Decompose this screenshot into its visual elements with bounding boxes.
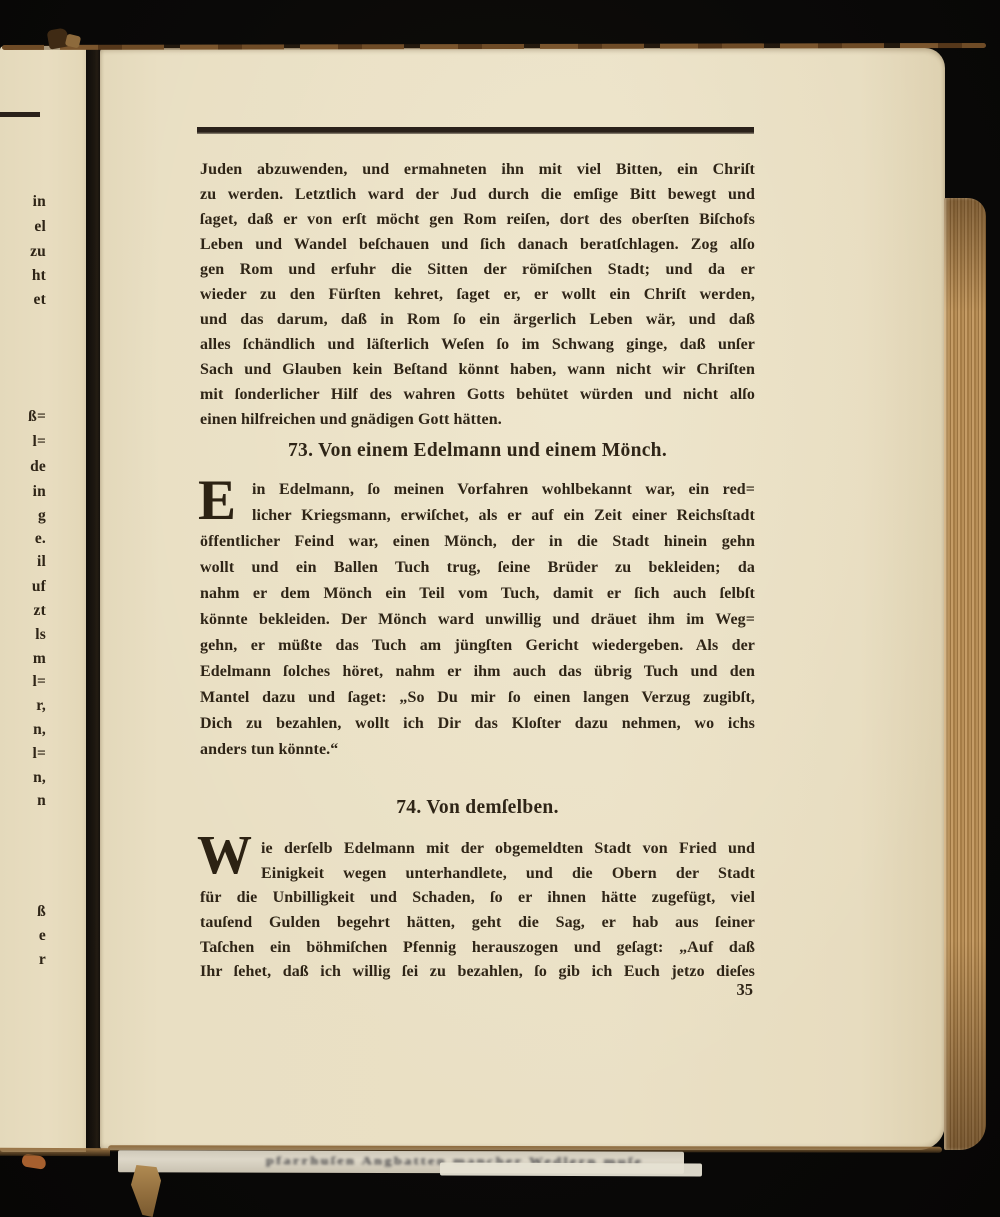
text-line: gehn, er müßte das Tuch am jüngſten Geri… [200,633,755,659]
text-line: wieder zu den Fürſten kehret, ſaget er, … [200,282,755,307]
edge-text-fragment: r [0,951,46,968]
text-line: in Edelmann, ſo meinen Vorfahren wohlbek… [252,477,755,503]
facing-page-text-fragments: inelzuhtetß=l=deinge.ilufztlsml=r,n,l=n,… [0,0,86,1217]
text-line: nahm er dem Mönch ein Teil vom Tuch, dam… [200,581,755,607]
text-line: für die Unbilligkeit und Schaden, ſo er … [200,886,755,911]
edge-text-fragment: in [0,193,46,210]
edge-text-fragment: g [0,507,46,524]
text-line: wollt und ein Ballen Tuch trug, ſeine Br… [200,555,755,581]
edge-text-fragment: l= [0,433,46,450]
text-line: gen Rom und erfuhr die Sitten der römiſc… [200,257,755,282]
drop-cap-E: E [198,478,248,524]
edge-text-fragment: l= [0,745,46,762]
edge-text-fragment: ht [0,267,46,284]
edge-text-fragment: il [0,553,46,570]
paper-tear [131,1165,161,1217]
edge-text-fragment: el [0,218,46,235]
text-line: zu werden. Letztlich ward der Jud durch … [200,182,755,207]
text-line: ie derſelb Edelmann mit der obgemeldten … [261,837,755,862]
text-line: alles ſchändlich und läſterlich Weſen ſo… [200,332,755,357]
text-line: ſaget, daß er von erſt möcht gen Rom rei… [200,207,755,232]
text-line: anders tun könnte.“ [200,737,755,763]
text-line: tauſend Gulden begehrt hätten, geht die … [200,911,755,936]
facing-page-bottom-edge [0,1148,110,1157]
text-line: Taſchen ein böhmiſchen Pfennig herauszog… [200,936,755,961]
text-line: Dich zu bezahlen, wollt ich Dir das Kloſ… [200,711,755,737]
text-line: einen hilfreichen und gnädigen Gott hätt… [200,407,755,432]
text-line: Juden abzuwenden, und ermahneten ihn mit… [200,157,755,182]
text-line: Leben und Wandel beſchauen und ſich dana… [200,232,755,257]
drop-cap-W: W [197,835,259,877]
text-line: Sach und Glauben kein Beſtand könnt habe… [200,357,755,382]
edge-text-fragment: uf [0,578,46,595]
book-scan: inelzuhtetß=l=deinge.ilufztlsml=r,n,l=n,… [0,0,1000,1217]
text-line: öffentlicher Feind war, einen Mönch, der… [200,529,755,555]
text-block: Juden abzuwenden, und ermahneten ihn mit… [200,0,755,1217]
edge-text-fragment: ß= [0,408,46,425]
text-line: und das darum, daß in Rom ſo ein ärgerli… [200,307,755,332]
page-number: 35 [200,980,753,1000]
edge-text-fragment: m [0,650,46,667]
text-line: mit ſonderlicher Hilf des wahren Gotts b… [200,382,755,407]
paragraph-73: E in Edelmann, ſo meinen Vorfahren wohlb… [200,477,755,763]
edge-text-fragment: in [0,483,46,500]
chapter-heading-74: 74. Von demſelben. [200,797,755,819]
paragraph-continuation: Juden abzuwenden, und ermahneten ihn mit… [200,157,755,432]
text-line: könnte bekleiden. Der Mönch ward unwilli… [200,607,755,633]
chapter-heading-73: 73. Von einem Edelmann und einem Mönch. [200,440,755,462]
edge-text-fragment: l= [0,673,46,690]
edge-text-fragment: n [0,792,46,809]
header-rule [197,127,754,134]
edge-text-fragment: e [0,927,46,944]
edge-text-fragment: zu [0,243,46,260]
text-line: Edelmann ſolches höret, nahm er ihm auch… [200,659,755,685]
edge-text-fragment: n, [0,721,46,738]
text-line: Mantel dazu und ſaget: „So Du mir ſo ein… [200,685,755,711]
edge-text-fragment: e. [0,530,46,547]
text-line: licher Kriegsmann, erwiſchet, als er auf… [252,503,755,529]
edge-text-fragment: n, [0,769,46,786]
edge-text-fragment: r, [0,697,46,714]
paragraph-74: W ie derſelb Edelmann mit der obgemeldte… [200,837,755,985]
text-line: Einigkeit wegen unterhandlete, und die O… [261,862,755,887]
page-edge-stack [944,198,986,1150]
edge-text-fragment: de [0,458,46,475]
edge-text-fragment: ß [0,903,46,920]
edge-text-fragment: zt [0,602,46,619]
edge-text-fragment: ls [0,626,46,643]
edge-text-fragment: et [0,291,46,308]
